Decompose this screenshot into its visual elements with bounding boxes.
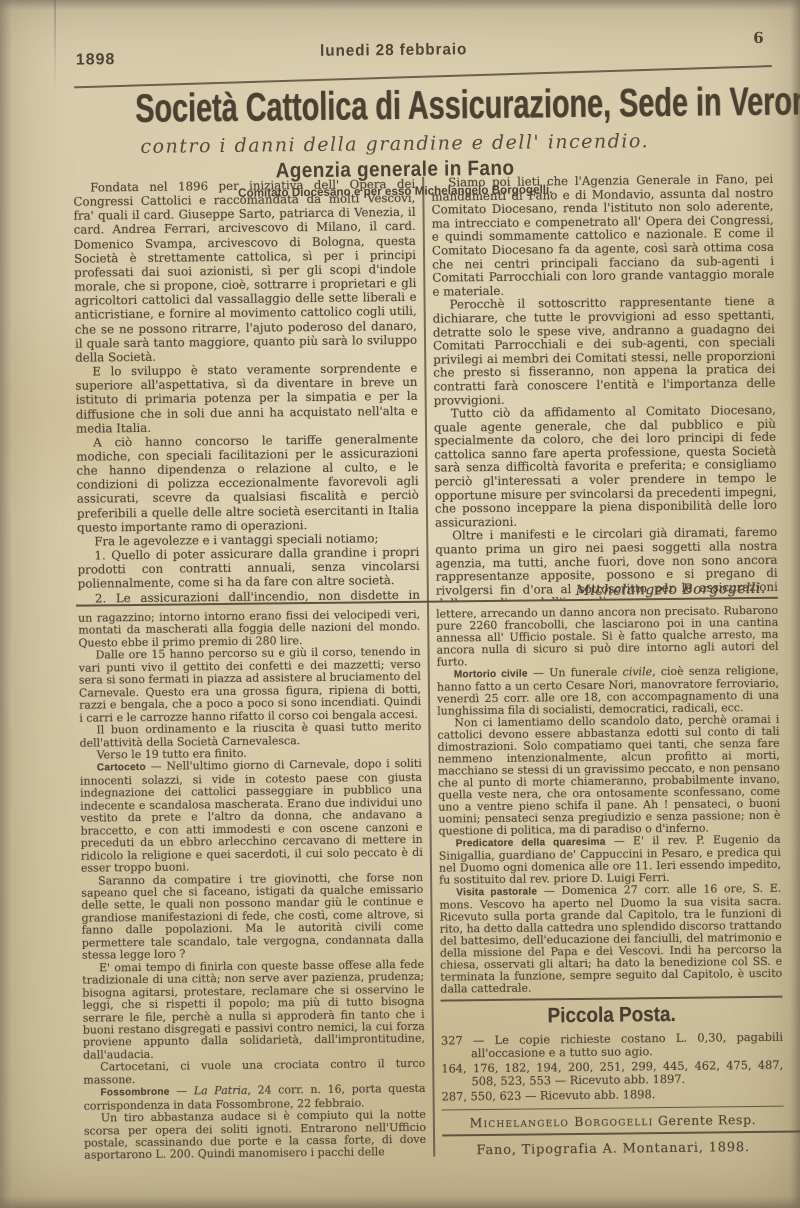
paragraph: Un tiro abbastanza audace si è compiuto … [84, 1109, 427, 1163]
text-segment: Fondata nel 1896 per iniziativa dell' Op… [73, 177, 417, 365]
text-segment: civile, [623, 665, 656, 678]
paragraph: E' omai tempo di finirla con queste bass… [82, 958, 425, 1061]
paragraph: A ciò hanno concorso le tariffe generalm… [76, 432, 419, 535]
news-item-lead-in: Visita pastorale [456, 886, 537, 898]
header-date: lunedi 28 febbraio [14, 38, 774, 65]
text-segment: — Domenica 27 corr. alle 16 ore, S. E. m… [439, 882, 782, 996]
imprint-line: Fano, Tipografia A. Montanari, 1898. [442, 1139, 784, 1158]
paragraph: 327 — Le copie richieste costano L. 0,30… [441, 1030, 783, 1060]
article-column-left: Fondata nel 1896 per iniziativa dell' Op… [73, 177, 420, 605]
text-segment: Saranno da compatire i tre giovinotti, c… [81, 870, 424, 962]
paragraph: Siamo poi lieti che l'Agenzia Generale i… [431, 173, 774, 299]
text-segment: 1. Quello di poter assicurare dalla gran… [78, 545, 420, 591]
paragraph: Saranno da compatire i tre giovinotti, c… [81, 871, 424, 962]
news-item-lead-in: Mortorio civile [454, 669, 528, 681]
manager-role: Gerente Resp. [653, 1112, 756, 1128]
news-item-lead-in: Cartoceto [97, 762, 146, 774]
text-segment: 287, 550, 623 — Ricevuto abb. 1898. [442, 1087, 656, 1103]
text-segment: — Nell'ultimo giorno di Carnevale, dopo … [80, 757, 423, 874]
paragraph: 1. Quello di poter assicurare dalla gran… [77, 545, 419, 591]
text-segment: Dalle ore 15 hanno percorso su e giù il … [79, 645, 422, 724]
manager-line: Michelangelo Borgogelli Gerente Resp. [442, 1112, 784, 1131]
paragraph: 287, 550, 623 — Ricevuto abb. 1898. [442, 1087, 784, 1104]
text-segment: La Patria [194, 1084, 248, 1098]
news-column-right: lettere, arrecando un danno ancora non p… [436, 605, 782, 1001]
article-column-right: Siamo poi lieti che l'Agenzia Generale i… [431, 173, 778, 601]
paragraph: Visita pastorale — Domenica 27 corr. all… [439, 883, 782, 996]
page-number: 6 [753, 29, 764, 47]
piccola-posta-heading: Piccola Posta. [458, 1001, 766, 1028]
paragraph: Tutto ciò da affidamento al Comitato Dio… [434, 404, 777, 530]
paragraph: Fondata nel 1896 per iniziativa dell' Op… [73, 177, 417, 365]
masthead-title: Società Cattolica di Assicurazione, Sede… [135, 81, 654, 132]
paragraph: E lo sviluppo è stato veramente sorprend… [75, 361, 418, 436]
paragraph: 164, 176, 182, 194, 200, 251, 299, 445, … [441, 1059, 783, 1089]
imprint-top-rule [442, 1130, 800, 1136]
text-segment: — [169, 1085, 193, 1098]
newspaper-page-scan: { "page": { "year": "1898", "date": "lun… [0, 0, 800, 1208]
text-segment: Non ci lamentiamo dello scandolo dato, p… [437, 713, 780, 838]
paragraph: Dalle ore 15 hanno percorso su e giù il … [79, 646, 422, 725]
piccola-posta-section: Piccola Posta. 327 — Le copie richieste … [440, 996, 784, 1158]
text-segment: — Un funerale [528, 665, 623, 679]
paragraph: lettere, arrecando un danno ancora non p… [436, 605, 779, 669]
aged-paper-background: 1898 lunedi 28 febbraio 6 Società Cattol… [0, 0, 800, 1208]
text-segment: E lo sviluppo è stato veramente sorprend… [75, 361, 417, 436]
paragraph: Predicatore della quaresima — E' il rev.… [439, 834, 782, 887]
text-segment: 327 — Le copie richieste costano L. 0,30… [441, 1029, 783, 1060]
text-segment: A ciò hanno concorso le tariffe generalm… [76, 432, 419, 535]
paragraph: Perocchè il sottoscritto rappresentante … [433, 295, 776, 408]
manager-name: Michelangelo Borgogelli [469, 1113, 653, 1130]
text-segment: Siamo poi lieti che l'Agenzia Generale i… [431, 173, 774, 299]
news-item-lead-in: Fossombrone [100, 1087, 169, 1099]
paragraph: un ragazzino; intorno intorno erano fiss… [78, 609, 420, 650]
text-segment: Il buon ordinamento e la riuscita è quas… [79, 720, 421, 749]
text-segment: 164, 176, 182, 194, 200, 251, 299, 445, … [441, 1058, 783, 1089]
paragraph: Cartoceto — Nell'ultimo giorno di Carnev… [80, 758, 423, 875]
news-column-left: un ragazzino; intorno intorno erano fiss… [78, 609, 426, 1183]
page-content: 1898 lunedi 28 febbraio 6 Società Cattol… [0, 0, 800, 1208]
paragraph: Il buon ordinamento e la riuscita è quas… [79, 721, 421, 750]
text-segment: Un tiro abbastanza audace si è compiuto … [84, 1108, 426, 1162]
text-segment: E' omai tempo di finirla con queste bass… [82, 957, 425, 1061]
text-segment: un ragazzino; intorno intorno erano fiss… [78, 609, 420, 650]
paragraph: Mortorio civile — Un funerale civile, ci… [437, 665, 780, 718]
paragraph: Non ci lamentiamo dello scandolo dato, p… [437, 714, 780, 838]
text-segment: Tutto ciò da affidamento al Comitato Dio… [434, 403, 777, 530]
manager-top-rule [442, 1105, 784, 1110]
text-segment: lettere, arrecando un danno ancora non p… [436, 605, 779, 669]
text-segment: Perocchè il sottoscritto rappresentante … [433, 294, 776, 407]
piccola-posta-items: 327 — Le copie richieste costano L. 0,30… [441, 1030, 784, 1104]
